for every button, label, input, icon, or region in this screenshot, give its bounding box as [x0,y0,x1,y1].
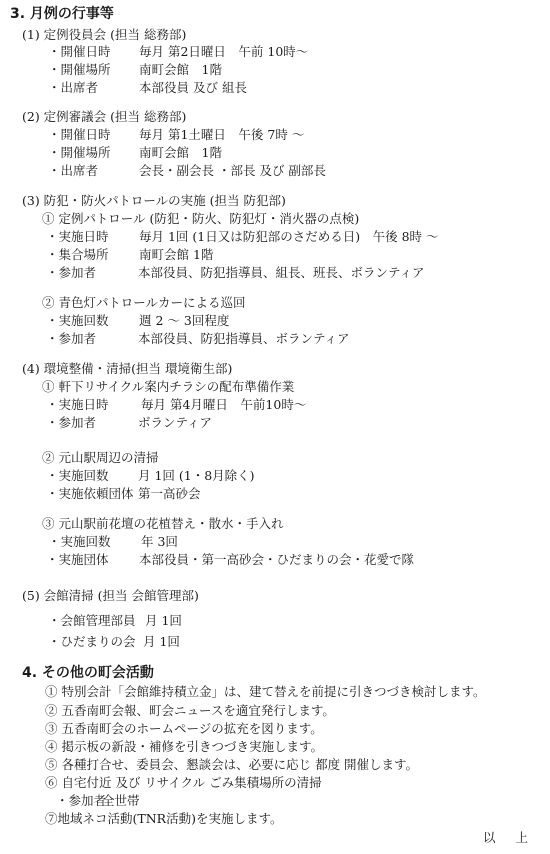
item-3-sub-2-heading: ② 青色灯パトロールカーによる巡回 [42,295,245,311]
item-3-sub-1-heading: ① 定例パトロール (防犯・防火、防犯灯・消火器の点検) [42,211,359,227]
item-4-sub-3-heading: ③ 元山駅前花壇の花植替え・散水・手入れ [42,516,283,532]
item-5-row-staff: ・会館管理部員月 1回 [48,613,136,629]
section-4-item-7: ⑦地域ネコ活動(TNR活動)を実施します。 [45,811,282,827]
item-4-sub-3-row-count: ・実施回数年 3回 [48,534,111,550]
section-4-item-3: ③ 五香南町会のホームページの拡充を図ります。 [45,721,323,737]
item-1-row-attendees: ・出席者本部役員 及び 組長 [48,80,98,96]
row-label: ・開催場所 [48,62,111,78]
item-4-sub-2-row-org: ・実施依頼団体第一高砂会 [46,486,134,502]
row-label: ・参加者 [56,793,106,809]
item-4-sub-1-heading: ① 軒下リサイクル案内チラシの配布準備作業 [42,379,294,395]
row-value: 本部役員 及び 組長 [139,80,247,96]
row-label: ・集合場所 [46,247,109,263]
item-3-sub-1-row-place: ・集合場所南町会館 1階 [46,247,109,263]
row-label: ・開催日時 [48,127,111,143]
item-2-row-place: ・開催場所南町会館 1階 [48,145,111,161]
row-label: ・実施日時 [46,229,109,245]
section-4-item-1: ① 特別会計「会館維持積立金」は、建て替えを前提に引きつづき検討します。 [45,684,485,700]
row-value: 南町会館 1階 [139,247,213,263]
section-4-item-6: ⑥ 自宅付近 及び リサイクル ごみ集積場所の清掃 [45,775,322,791]
section-3-title: 3. 月例の行事等 [10,6,114,22]
item-5-heading: (5) 会館清掃 (担当 会館管理部) [22,588,199,604]
item-4-sub-2-heading: ② 元山駅周辺の清掃 [42,450,158,466]
row-value: 週 2 ～ 3回程度 [139,313,229,329]
row-value: 本部役員・第一高砂会・ひだまりの会・花愛で隊 [139,552,414,568]
item-3-heading: (3) 防犯・防火パトロールの実施 (担当 防犯部) [22,193,286,209]
row-label: ・出席者 [48,163,98,179]
row-label: ・参加者 [46,415,96,431]
item-1-row-place: ・開催場所南町会館 1階 [48,62,111,78]
row-value: 毎月 第2日曜日 午前 10時～ [139,44,308,60]
row-value: 月 1回 (1・8月除く) [138,468,255,484]
row-value: 本部役員、防犯指導員、組長、班長、ボランティア [138,265,425,281]
row-value: 年 3回 [141,534,178,550]
item-1-heading: (1) 定例役員会 (担当 総務部) [22,27,186,43]
row-label: ・会館管理部員 [48,613,136,629]
row-value: 月 1回 [145,613,182,629]
section-4-item-5: ⑤ 各種打合せ、委員会、懇談会は、必要に応じ 都度 開催します。 [45,757,418,773]
section-4-item-6-row: ・参加者全世帯 [56,793,106,809]
row-value: 第一高砂会 [138,486,201,502]
item-4-sub-2-row-count: ・実施回数月 1回 (1・8月除く) [46,468,109,484]
item-4-sub-1-row-participants: ・参加者ボランティア [46,415,96,431]
section-4-item-2: ② 五香南町会報、町会ニュースを適宜発行します。 [45,703,335,719]
item-2-heading: (2) 定例審議会 (担当 総務部) [22,109,186,125]
item-2-row-attendees: ・出席者会長・副会長 ・部長 及び 副部長 [48,163,98,179]
item-4-sub-1-row-date: ・実施日時毎月 第4月曜日 午前10時～ [46,397,109,413]
row-label: ・参加者 [46,331,96,347]
item-3-sub-1-row-date: ・実施日時毎月 1回 (1日又は防犯部のさだめる日) 午後 8時 ～ [46,229,109,245]
row-label: ・実施日時 [46,397,109,413]
row-value: 月 1回 [143,634,180,650]
item-1-row-date: ・開催日時毎月 第2日曜日 午前 10時～ [48,44,111,60]
item-4-sub-3-row-org: ・実施団体本部役員・第一高砂会・ひだまりの会・花愛で隊 [46,552,109,568]
item-4-heading: (4) 環境整備・清掃(担当 環境衛生部) [22,361,232,377]
row-value: 南町会館 1階 [139,62,222,78]
item-2-row-date: ・開催日時毎月 第1土曜日 午後 7時 ～ [48,127,111,143]
closing-mark: 以 上 [483,830,536,846]
row-value: 南町会館 1階 [139,145,222,161]
row-label: ・実施回数 [48,534,111,550]
row-value: 会長・副会長 ・部長 及び 副部長 [139,163,326,179]
row-value: 本部役員、防犯指導員、ボランティア [138,331,350,347]
row-value: 毎月 1回 (1日又は防犯部のさだめる日) 午後 8時 ～ [139,229,439,245]
item-3-sub-1-row-participants: ・参加者本部役員、防犯指導員、組長、班長、ボランティア [46,265,96,281]
item-3-sub-2-row-count: ・実施回数週 2 ～ 3回程度 [46,313,109,329]
row-label: ・開催日時 [48,44,111,60]
section-4-title: 4. その他の町会活動 [22,665,154,681]
row-value: ボランティア [138,415,212,431]
row-label: ・実施依頼団体 [46,486,134,502]
item-3-sub-2-row-participants: ・参加者本部役員、防犯指導員、ボランティア [46,331,96,347]
row-value: 毎月 第4月曜日 午前10時～ [141,397,306,413]
row-label: ・開催場所 [48,145,111,161]
row-value: 毎月 第1土曜日 午後 7時 ～ [139,127,304,143]
row-label: ・実施団体 [46,552,109,568]
item-5-row-hidamari: ・ひだまりの会月 1回 [48,634,136,650]
row-label: ・出席者 [48,80,98,96]
row-value: 全世帯 [102,793,140,809]
section-4-item-4: ④ 掲示板の新設・補修を引きつづき実施します。 [45,739,323,755]
row-label: ・参加者 [46,265,96,281]
row-label: ・実施回数 [46,468,109,484]
row-label: ・ひだまりの会 [48,634,136,650]
row-label: ・実施回数 [46,313,109,329]
